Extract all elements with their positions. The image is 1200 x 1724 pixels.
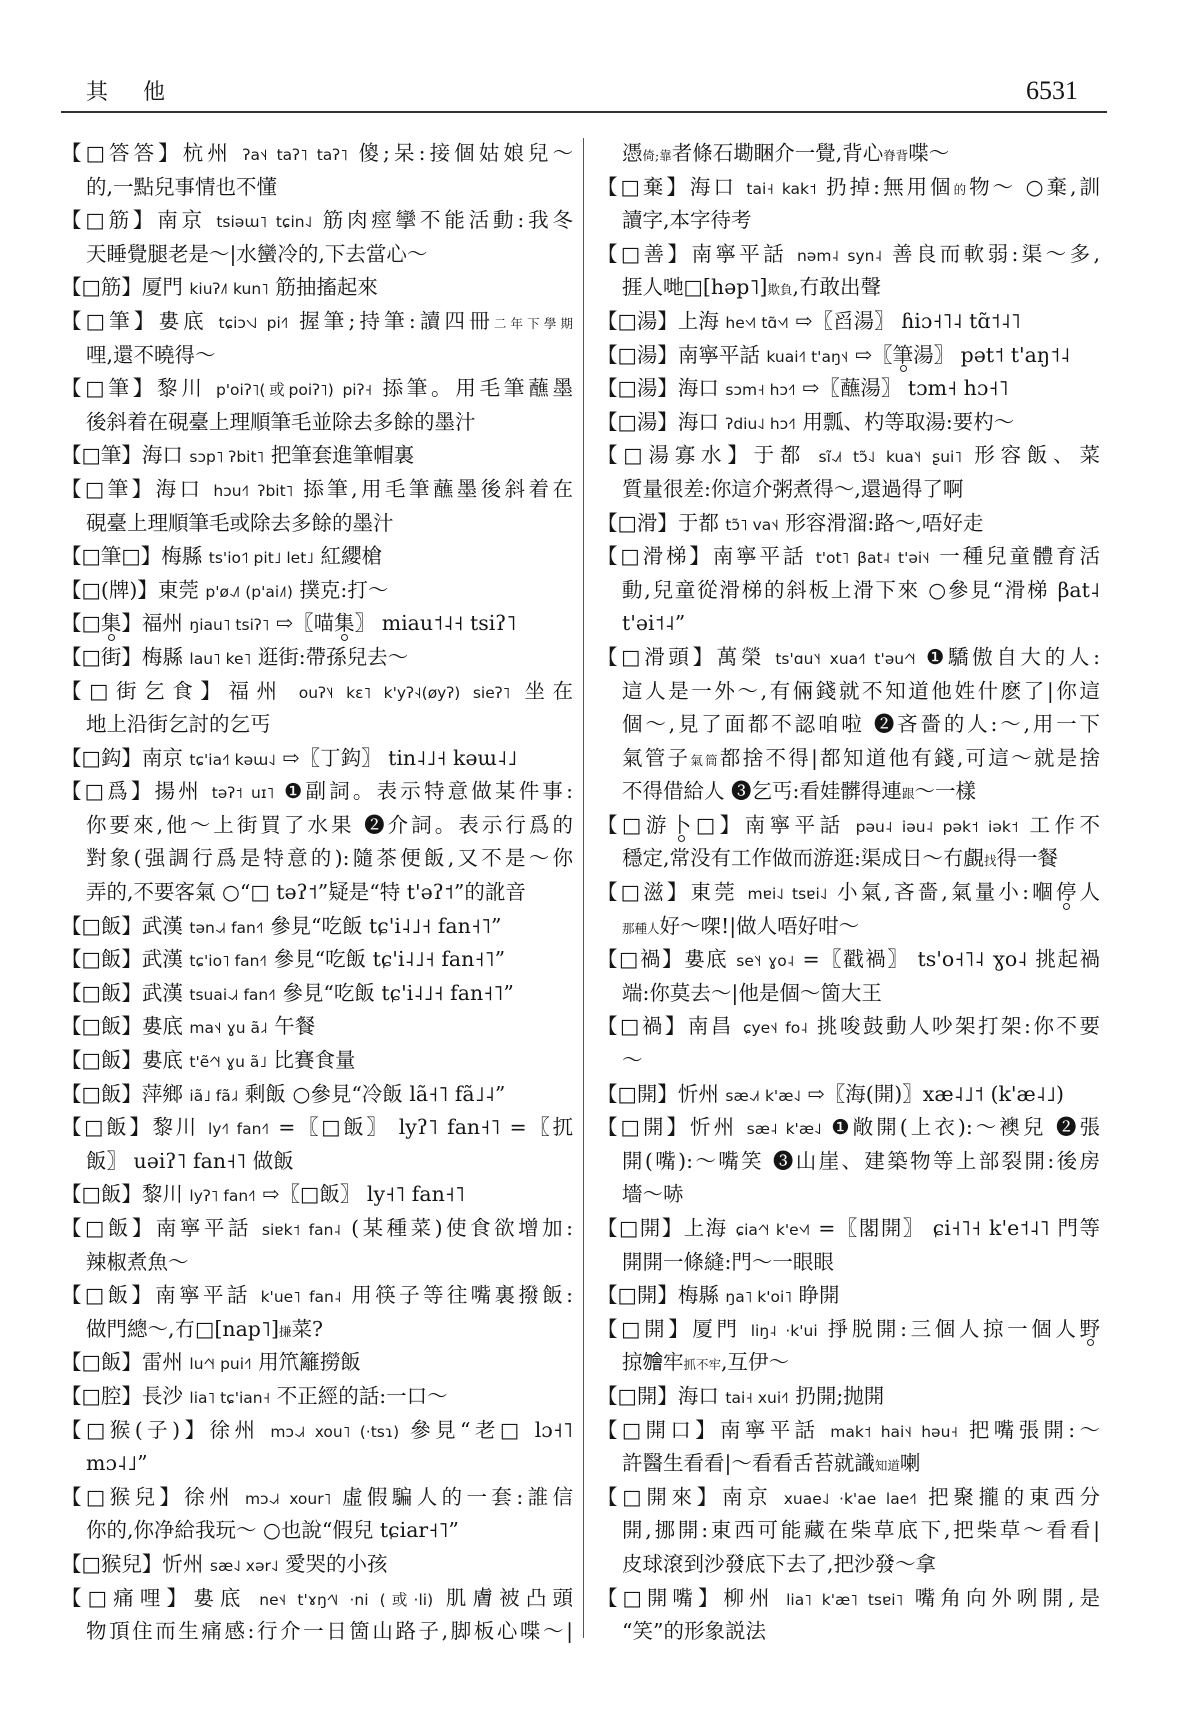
place-name: 南寧平話 <box>691 242 787 266</box>
entry-first-line: 【□猴兒】徐州 mɔ˨˩˧ xour˥ 虛假騙人的一套:誰信 <box>61 1481 573 1515</box>
definition: 形容滑溜:路～,唔好走 <box>785 511 983 535</box>
entry-continuation-line: 天睡覺腿老是～|水蠻冷的,下去當心～ <box>61 238 573 272</box>
carried-over-continuation-line: 憑倚;靠者條石墈睏介一覺,背心脊背喋～ <box>597 137 1100 171</box>
entry-first-line: 【□痛哩】婁底 ne˦˨ t'ɤŋ˧˥˩ ·ni (或·li) 肌膚被凸頭 <box>61 1582 573 1616</box>
headword: 【□開】 <box>597 1082 678 1106</box>
headword: 【□湯】 <box>597 376 678 400</box>
headword: 【□開】 <box>597 1283 678 1307</box>
definition: 愛哭的小孩 <box>285 1552 388 1576</box>
headword: 【□猴(子)】 <box>61 1418 210 1442</box>
entry-first-line: 【□街乞食】福州 ouʔ˥˨ kɛ˥ k'yʔ˧˨(øyʔ) sieʔ˥ 坐在 <box>61 675 573 709</box>
entry-first-line: 【□猴(子)】徐州 mɔ˨˩˧ xou˥ (·tsɿ) 參見“老□ lɔ˧˥ <box>61 1414 573 1448</box>
definition: 撲克:打～ <box>299 578 388 602</box>
dict-entry: 【□開】忻州 sæ˨ k'æ˨˩ ❶敞開(上衣):～襖兒 ❷張 開(嘴):～嘴笑… <box>597 1111 1100 1212</box>
entry-first-line: 【□滋】東莞 mɐi˨˩ tsɐi˨˩ 小氣,吝嗇,氣量小:嗰停人 <box>597 876 1100 910</box>
headword: 【□開】 <box>597 1216 684 1240</box>
dict-entry: 【□開】上海 ɕia˧˥˧ k'e˦˨˥ =〖閣開〗 ɕi˧˥˧ k'e˦˨˥ … <box>597 1212 1100 1279</box>
entry-continuation-line: 辣椒煮魚～ <box>61 1246 573 1280</box>
pronunciation: ouʔ˥˨ kɛ˥ k'yʔ˧˨(øyʔ) sieʔ˥ <box>299 684 511 702</box>
dict-entry: 【□腔】長沙 lia˥ tɕ'ian˧ 不正經的話:一口～ <box>61 1380 573 1414</box>
headword: 【□鈎】 <box>61 746 142 770</box>
pronunciation: sɔp˥ ʔbit˥ <box>189 448 264 466</box>
entry-continuation-line: 哩,還不曉得～ <box>61 339 573 373</box>
place-name: 海口 <box>678 1384 719 1408</box>
entry-continuation-line: 掠𣍐牢抓不牢,互伊～ <box>597 1346 1100 1380</box>
entry-first-line: 【□筋】厦門 kiuʔ˩˥ kun˥ 筋抽搐起來 <box>61 271 573 305</box>
place-name: 萬榮 <box>717 645 765 669</box>
definition: 把嘴張開:～ <box>969 1418 1100 1442</box>
entry-first-line: 【□飯】婁底 t'ẽ˧˥˧ ɣu ã˩ 比賽食量 <box>61 1044 573 1078</box>
entry-first-line: 【□筋】南京 tsiəɯ˥ tɕin˨˩ 筋肉痙攣不能活動:我冬 <box>61 204 573 238</box>
place-name: 婁底 <box>159 309 208 333</box>
definition: 肌膚被凸頭 <box>446 1586 573 1610</box>
pronunciation: t'ẽ˧˥˧ ɣu ã˩ <box>189 1053 267 1071</box>
pronunciation: lia˥ k'æ˥ tsɐi˥ <box>786 1591 903 1609</box>
place-name: 徐州 <box>210 1418 260 1442</box>
dict-entry: 【□滑頭】萬榮 ts'ɑu˥˧ xua˧˥ t'əu˧˥˧ ❶驕傲自大的人: 這… <box>597 641 1100 809</box>
definition: 把筆套進筆帽裏 <box>271 443 415 467</box>
pronunciation: ts'ɑu˥˧ xua˧˥ t'əu˧˥˧ <box>775 650 915 668</box>
pronunciation: pəu˨ iəu˨ pək˦ iək˦ <box>856 818 1019 836</box>
dict-entry: 【□筆】婁底 tɕiɔ˦˨˩ pi˧˥ 握筆;持筆:讀四冊二年下學期 哩,還不曉… <box>61 305 573 372</box>
right-column: 憑倚;靠者條石墈睏介一覺,背心脊背喋～ 【□棄】海口 tai˧ kak˦ 扔掉:… <box>597 137 1100 1649</box>
dict-entry: 【□筋】厦門 kiuʔ˩˥ kun˥ 筋抽搐起來 <box>61 271 573 305</box>
pronunciation: təʔ˦ uɪ˥ <box>212 784 275 802</box>
gloss-note: 跟 <box>902 786 915 801</box>
pronunciation: tɕiɔ˦˨˩ pi˧˥ <box>219 314 289 332</box>
dict-entry: 【□飯】婁底 ma˦˨ ɣu ã˩˨ 午餐 <box>61 1010 573 1044</box>
entry-continuation-line: mɔ˨˩” <box>61 1447 573 1481</box>
place-name: 南寧平話 <box>678 343 760 367</box>
dict-entry: 【□湯】海口 sɔm˧ hɔ˧˥ ⇨〖蘸湯〗 tɔm˧ hɔ˧˥ <box>597 372 1100 406</box>
headword: 【□筆】 <box>61 477 156 501</box>
definition: 嘴角向外咧開,是 <box>915 1586 1100 1610</box>
entry-continuation-line: 硯臺上理順筆毛或除去多餘的墨汁 <box>61 507 573 541</box>
headword: 【□滋】 <box>597 880 691 904</box>
pronunciation: ʔdiu˨˩ hɔ˧˥ <box>725 415 795 433</box>
headword: 【□開嘴】 <box>597 1586 723 1610</box>
headword: 【□飯】 <box>61 1350 142 1374</box>
entry-first-line: 【□湯】南寧平話 kuai˧˥ t'aŋ˦˨ ⇨〖筆湯〗 pət˦ t'aŋ˦˨ <box>597 339 1100 373</box>
dict-entry: 【□禍】婁底 se˥˧ ɣo˨ =〖戳禍〗 ts'o˧˥˨ ɣo˨ 挑起禍 端:… <box>597 943 1100 1010</box>
entry-continuation-line: 後斜着在硯臺上理順筆毛並除去多餘的墨汁 <box>61 406 573 440</box>
entry-first-line: 【□筆】婁底 tɕiɔ˦˨˩ pi˧˥ 握筆;持筆:讀四冊二年下學期 <box>61 305 573 339</box>
entry-first-line: 【□開】忻州 sæ˨ k'æ˨˩ ❶敞開(上衣):～襖兒 ❷張 <box>597 1111 1100 1145</box>
definition: ⇨〖筆湯〗 pət˦ t'aŋ˦˨ <box>855 343 1070 367</box>
dict-entry: 【□筆】黎川 p'oiʔ˥(或poiʔ˥) piʔ˧ 掭筆。用毛筆蘸墨 後斜着在… <box>61 372 573 439</box>
definition: ❶副詞。表示特意做某件事: <box>284 779 573 803</box>
definition: ⇨〖□飯〗 ly˧˥ fan˧˥ <box>262 1182 465 1206</box>
place-name: 南寧平話 <box>155 1283 250 1307</box>
dict-entry: 【□筆】海口 sɔp˥ ʔbit˥ 把筆套進筆帽裏 <box>61 439 573 473</box>
entry-first-line: 【□筆】黎川 p'oiʔ˥(或poiʔ˥) piʔ˧ 掭筆。用毛筆蘸墨 <box>61 372 573 406</box>
entry-first-line: 【□開】梅縣 ŋa˥ k'oi˥ 睁開 <box>597 1279 1100 1313</box>
headword: 【□爲】 <box>61 779 155 803</box>
pronunciation: tɔ̃˥ va˦˨ <box>725 516 778 534</box>
entry-first-line: 【□筆】海口 hɔu˧˥ ʔbit˥ 掭筆,用毛筆蘸墨後斜着在 <box>61 473 573 507</box>
definition: ❶敞開(上衣):～襖兒 ❷張 <box>831 1115 1100 1139</box>
definition: 小氣,吝嗇,氣量小:嗰停人 <box>837 880 1100 904</box>
headword: 【□集】 <box>61 611 142 635</box>
entry-continuation-line: 墻～哧 <box>597 1178 1100 1212</box>
headword: 【□痛哩】 <box>61 1586 193 1610</box>
entry-first-line: 【□滑頭】萬榮 ts'ɑu˥˧ xua˧˥ t'əu˧˥˧ ❶驕傲自大的人: <box>597 641 1100 675</box>
dict-entry: 【□飯】武漢 tən˨˩˧ fan˧˥ 參見“吃飯 tɕ'i˨˩˧ fan˧˥” <box>61 910 573 944</box>
definition: 善良而軟弱:渠～多, <box>892 242 1100 266</box>
pronunciation: kuai˧˥ t'aŋ˦˨ <box>766 348 848 366</box>
headword: 【□湯】 <box>597 410 678 434</box>
entry-continuation-line: 氣管子氣筒都捨不得|都知道他有錢,可這～就是捨 <box>597 742 1100 776</box>
headword: 【□飯】 <box>61 1048 142 1072</box>
entry-first-line: 【□飯】雷州 lu˧˥˧ pui˧˥ 用笊籬撈飯 <box>61 1346 573 1380</box>
pronunciation: he˦˨˥ tɑ̃˦˨˥ <box>725 314 788 332</box>
dict-entry: 【□筆□】梅縣 ts'io˦˥ pit˩ let˩ 紅纓槍 <box>61 540 573 574</box>
place-name: 黎川 <box>142 1182 183 1206</box>
definition: 掭筆。用毛筆蘸墨 <box>382 376 573 400</box>
entry-continuation-line: 端:你莫去～|他是個～箇大王 <box>597 977 1100 1011</box>
gloss-note: 那種人 <box>622 921 660 936</box>
entry-continuation-line: 穩定,常没有工作做而游逛:渠成日～冇覰找得一餐 <box>597 842 1100 876</box>
place-name: 武漢 <box>142 981 183 1005</box>
entry-continuation-line: 動,兒童從滑梯的斜板上滑下來 ○參見“滑梯 βat˨ <box>597 574 1100 608</box>
pronunciation: ŋa˥ k'oi˥ <box>725 1288 792 1306</box>
entry-first-line: 【□游卜□】南寧平話 pəu˨ iəu˨ pək˦ iək˦ 工作不 <box>597 809 1100 843</box>
definition: ⇨〖海(開)〗xæ˨˩˦ (k'æ˨˩) <box>808 1082 1064 1106</box>
pronunciation: nəm˨ syn˨ <box>797 247 882 265</box>
dictionary-page: 其 他 6531 【□答答】杭州 ʔa˦˨ taʔ˥ taʔ˥ 傻;呆:接個姑娘… <box>0 0 1200 1724</box>
entry-first-line: 【□(牌)】東莞 p'ø˨˩˥ (p'ai˩˥) 撲克:打～ <box>61 574 573 608</box>
dict-entry: 【□湯】上海 he˦˨˥ tɑ̃˦˨˥ ⇨〖舀湯〗 ɦiɔ˧˥˨ tɑ̃˦˨˥ <box>597 305 1100 339</box>
headword: 【□筋】 <box>61 208 157 232</box>
definition: 比賽食量 <box>274 1048 356 1072</box>
entry-first-line: 【□開口】南寧平話 mak˦ hai˦˨ həu˧ 把嘴張開:～ <box>597 1414 1100 1448</box>
place-name: 婁底 <box>193 1586 246 1610</box>
place-name: 厦門 <box>142 275 183 299</box>
pronunciation: mɐi˨˩ tsɐi˨˩ <box>748 885 828 903</box>
gloss-note: 脊背 <box>883 148 908 163</box>
pronunciation: tɕ'ia˧˥ kəɯ˨˩ <box>189 751 276 769</box>
place-name: 南寧平話 <box>745 813 845 837</box>
dict-entry: 【□開來】南京 xuae˨˩ ·k'ae lae˧˥ 把聚攏的東西分 開,挪開:… <box>597 1481 1100 1582</box>
pronunciation: iã˩ fã˩˨ <box>189 1087 238 1105</box>
pronunciation: xuae˨˩ ·k'ae lae˧˥ <box>784 1490 917 1508</box>
place-name: 海口 <box>142 443 183 467</box>
place-name: 南京 <box>142 746 183 770</box>
entry-first-line: 【□爲】揚州 təʔ˦ uɪ˥ ❶副詞。表示特意做某件事: <box>61 775 573 809</box>
dict-entry: 【□開口】南寧平話 mak˦ hai˦˨ həu˧ 把嘴張開:～ 許醫生看看|～… <box>597 1414 1100 1481</box>
entry-first-line: 【□飯】武漢 tɕ'io˥ fan˧˥ 參見“吃飯 tɕ'i˨˩˧ fan˧˥” <box>61 943 573 977</box>
definition: 用瓢、杓等取湯:要杓～ <box>802 410 1014 434</box>
dict-entry: 【□痛哩】婁底 ne˦˨ t'ɤŋ˧˥˩ ·ni (或·li) 肌膚被凸頭 物頂… <box>61 1582 573 1649</box>
entry-first-line: 【□答答】杭州 ʔa˦˨ taʔ˥ taʔ˥ 傻;呆:接個姑娘兒～ <box>61 137 573 171</box>
entry-first-line: 【□棄】海口 tai˧ kak˦ 扔掉:無用個的物～ ○棄,訓 <box>597 171 1100 205</box>
entry-continuation-line: 個～,見了面都不認咱啦 ❷吝嗇的人:～,用一下 <box>597 708 1100 742</box>
entry-first-line: 【□腔】長沙 lia˥ tɕ'ian˧ 不正經的話:一口～ <box>61 1380 573 1414</box>
dict-entry: 【□街乞食】福州 ouʔ˥˨ kɛ˥ k'yʔ˧˨(øyʔ) sieʔ˥ 坐在 … <box>61 675 573 742</box>
definition: 坐在 <box>524 679 573 703</box>
headword: 【□開口】 <box>597 1418 720 1442</box>
entry-continuation-line: 許醫生看看|～看看舌苔就識知道喇 <box>597 1447 1100 1481</box>
pronunciation: p'oiʔ˥(或poiʔ˥) piʔ˧ <box>216 381 372 399</box>
dict-entry: 【□飯】黎川 lyʔ˥ fan˧˥ ⇨〖□飯〗 ly˧˥ fan˧˥ <box>61 1178 573 1212</box>
headword: 【□飯】 <box>61 981 142 1005</box>
place-name: 忻州 <box>690 1115 737 1139</box>
dict-entry: 【□飯】黎川 ly˧˥ fan˧˥ =〖□飯〗 lyʔ˥ fan˧˥ =〖扤 飯… <box>61 1111 573 1178</box>
place-name: 南昌 <box>688 1014 734 1038</box>
ring-marked-char: 卜 <box>671 815 692 836</box>
dict-entry: 【□開】忻州 sæ˨˩˦ k'æ˨˩ ⇨〖海(開)〗xæ˨˩˦ (k'æ˨˩) <box>597 1078 1100 1112</box>
pronunciation: tsiəɯ˥ tɕin˨˩ <box>216 213 312 231</box>
dict-entry: 【□開】梅縣 ŋa˥ k'oi˥ 睁開 <box>597 1279 1100 1313</box>
place-name: 于都 <box>678 511 719 535</box>
place-name: 柳州 <box>723 1586 774 1610</box>
entry-continuation-line: “笑”的形象説法 <box>597 1615 1100 1649</box>
left-column: 【□答答】杭州 ʔa˦˨ taʔ˥ taʔ˥ 傻;呆:接個姑娘兒～ 的,一點兒事… <box>61 137 573 1649</box>
place-name: 上海 <box>684 1216 728 1240</box>
pronunciation: hɔu˧˥ ʔbit˥ <box>213 482 293 500</box>
definition: 不正經的話:一口～ <box>277 1384 448 1408</box>
place-name: 徐州 <box>184 1485 234 1509</box>
place-name: 雷州 <box>142 1350 183 1374</box>
dict-entry: 【□猴兒】忻州 sæ˨˩ xər˨˩ 愛哭的小孩 <box>61 1548 573 1582</box>
place-name: 海口 <box>690 175 737 199</box>
place-name: 海口 <box>678 376 719 400</box>
entry-continuation-line: 捱人哋□[həp˥]欺負,冇敢出聲 <box>597 271 1100 305</box>
pronunciation: kiuʔ˩˥ kun˥ <box>189 280 268 298</box>
headword: 【□飯】 <box>61 1082 142 1106</box>
entry-continuation-line: 物頂住而生痛感:行介一日箇山路子,脚板心喋～| <box>61 1615 573 1649</box>
entry-continuation-line: 質量很差:你這介粥煮得～,還過得了啊 <box>597 473 1100 507</box>
definition: 紅纓槍 <box>320 544 382 568</box>
entry-continuation-line: 開(嘴):～嘴笑 ❸山崖、建築物等上部裂開:後房 <box>597 1145 1100 1179</box>
place-name: 福州 <box>142 611 183 635</box>
dict-entry: 【□猴兒】徐州 mɔ˨˩˧ xour˥ 虛假騙人的一套:誰信 你的,你净給我玩～… <box>61 1481 573 1548</box>
pronunciation: sæ˨ k'æ˨˩ <box>747 1120 822 1138</box>
definition: 把聚攏的東西分 <box>928 1485 1100 1509</box>
dict-entry: 【□飯】武漢 tsuai˨˩˧ fan˧˥ 參見“吃飯 tɕ'i˨˩˧ fan˧… <box>61 977 573 1011</box>
dict-entry: 【□飯】婁底 t'ẽ˧˥˧ ɣu ã˩ 比賽食量 <box>61 1044 573 1078</box>
entry-continuation-line: 這人是一外～,有倆錢就不知道他姓什麽了|你這 <box>597 675 1100 709</box>
headword: 【□腔】 <box>61 1384 142 1408</box>
place-name: 于都 <box>754 443 807 467</box>
place-name: 海口 <box>156 477 204 501</box>
definition: ⇨〖丁鈎〗 tin˨˩˧ kəɯ˨˩ <box>282 746 517 770</box>
place-name: 萍鄉 <box>142 1082 183 1106</box>
definition: 參見“吃飯 tɕ'i˨˩˧ fan˧˥” <box>274 947 505 971</box>
entry-first-line: 【□飯】南寧平話 siɐk˦ fan˨ (某種菜)使食欲增加: <box>61 1212 573 1246</box>
entry-continuation-line: 開,挪開:東西可能藏在柴草底下,把柴草～看看| <box>597 1514 1100 1548</box>
ring-marked-char: 集 <box>101 613 122 634</box>
definition: =〖□飯〗 lyʔ˥ fan˧˥ =〖扤 <box>278 1115 573 1139</box>
place-name: 長沙 <box>142 1384 183 1408</box>
entry-first-line: 【□滑】于都 tɔ̃˥ va˦˨ 形容滑溜:路～,唔好走 <box>597 507 1100 541</box>
entry-continuation-line: 皮球滾到沙發底下去了,把沙發～拿 <box>597 1548 1100 1582</box>
headword: 【□禍】 <box>597 1014 688 1038</box>
definition: 挑唆鼓動人吵架打架:你不要 <box>817 1014 1100 1038</box>
entry-continuation-line: 那種人好～㗎!|做人唔好咁～ <box>597 910 1100 944</box>
place-name: 厦門 <box>692 1317 740 1341</box>
place-name: 忻州 <box>678 1082 719 1106</box>
pronunciation: ŋiau˥ tsiʔ˥ <box>189 616 269 634</box>
headword: 【□筋】 <box>61 275 142 299</box>
gloss-note: 知道 <box>875 1458 900 1473</box>
entry-first-line: 【□飯】黎川 ly˧˥ fan˧˥ =〖□飯〗 lyʔ˥ fan˧˥ =〖扤 <box>61 1111 573 1145</box>
definition: 掭筆,用毛筆蘸墨後斜着在 <box>303 477 573 501</box>
entry-continuation-line: t'əi˦˨” <box>597 607 1100 641</box>
place-name: 黎川 <box>157 376 206 400</box>
pronunciation: mɔ˨˩˧ xou˥ (·tsɿ) <box>270 1423 399 1441</box>
pronunciation: k'ue˥ fan˨ <box>261 1288 342 1306</box>
entry-first-line: 【□湯寡水】于都 sĩ˨˩˦ tɔ̃˨˩ kua˥˧ ʂui˥ 形容飯、菜 <box>597 439 1100 473</box>
headword: 【□開】 <box>597 1384 678 1408</box>
entry-first-line: 【□集】福州 ŋiau˥ tsiʔ˥ ⇨〖喵集〗 miau˦˨˧ tsiʔ˥ <box>61 607 573 641</box>
entry-continuation-line: 不得借給人 ❸乞丐:看娃髒得連跟～一樣 <box>597 775 1100 809</box>
entry-first-line: 【□湯】上海 he˦˨˥ tɑ̃˦˨˥ ⇨〖舀湯〗 ɦiɔ˧˥˨ tɑ̃˦˨˥ <box>597 305 1100 339</box>
definition: 扔掉:無用個的物～ ○棄,訓 <box>826 175 1100 199</box>
gloss-note: 的 <box>954 182 970 197</box>
headword: 【□筆】 <box>61 443 142 467</box>
entry-first-line: 【□禍】南昌 ɕye˦˨ fo˨ 挑唆鼓動人吵架打架:你不要 <box>597 1010 1100 1044</box>
entry-first-line: 【□鈎】南京 tɕ'ia˧˥ kəɯ˨˩ ⇨〖丁鈎〗 tin˨˩˧ kəɯ˨˩ <box>61 742 573 776</box>
entry-first-line: 【□飯】萍鄉 iã˩ fã˩˨ 剩飯 ○參見“冷飯 lã˧˥ fã˩˨” <box>61 1078 573 1112</box>
entry-first-line: 【□湯】海口 sɔm˧ hɔ˧˥ ⇨〖蘸湯〗 tɔm˧ hɔ˧˥ <box>597 372 1100 406</box>
headword: 【□滑】 <box>597 511 678 535</box>
headword: 【□善】 <box>597 242 691 266</box>
dict-entry: 【□答答】杭州 ʔa˦˨ taʔ˥ taʔ˥ 傻;呆:接個姑娘兒～ 的,一點兒事… <box>61 137 573 204</box>
definition: 用笊籬撈飯 <box>258 1350 361 1374</box>
headword: 【□飯】 <box>61 1014 142 1038</box>
place-name: 婁底 <box>142 1014 183 1038</box>
entry-first-line: 【□筆】海口 sɔp˥ ʔbit˥ 把筆套進筆帽裏 <box>61 439 573 473</box>
pronunciation: sæ˨˩ xər˨˩ <box>210 1557 279 1575</box>
definition: 握筆;持筆:讀四冊二年下學期 <box>299 309 573 333</box>
place-name: 梅縣 <box>142 645 183 669</box>
entry-first-line: 【□飯】武漢 tsuai˨˩˧ fan˧˥ 參見“吃飯 tɕ'i˨˩˧ fan˧… <box>61 977 573 1011</box>
definition: =〖戳禍〗 ts'o˧˥˨ ɣo˨ 挑起禍 <box>802 947 1100 971</box>
page-number: 6531 <box>1026 76 1078 106</box>
entry-first-line: 【□禍】婁底 se˥˧ ɣo˨ =〖戳禍〗 ts'o˧˥˨ ɣo˨ 挑起禍 <box>597 943 1100 977</box>
gloss-note: 二年下學期 <box>494 316 573 331</box>
place-name: 梅縣 <box>678 1283 719 1307</box>
place-name: 婁底 <box>142 1048 183 1072</box>
headword: 【□禍】 <box>597 947 684 971</box>
headword: 【□猴兒】 <box>61 1485 184 1509</box>
entry-first-line: 【□開】上海 ɕia˧˥˧ k'e˦˨˥ =〖閣開〗 ɕi˧˥˧ k'e˦˨˥ … <box>597 1212 1100 1246</box>
dict-entry: 【□鈎】南京 tɕ'ia˧˥ kəɯ˨˩ ⇨〖丁鈎〗 tin˨˩˧ kəɯ˨˩ <box>61 742 573 776</box>
entry-continuation-line: ～ <box>597 1044 1100 1078</box>
dict-entry: 【□滑】于都 tɔ̃˥ va˦˨ 形容滑溜:路～,唔好走 <box>597 507 1100 541</box>
headword: 【□開來】 <box>597 1485 722 1509</box>
dict-entry: 【□湯】海口 ʔdiu˨˩ hɔ˧˥ 用瓢、杓等取湯:要杓～ <box>597 406 1100 440</box>
entry-first-line: 【□開】忻州 sæ˨˩˦ k'æ˨˩ ⇨〖海(開)〗xæ˨˩˦ (k'æ˨˩) <box>597 1078 1100 1112</box>
dict-entry: 【□飯】萍鄉 iã˩ fã˩˨ 剩飯 ○參見“冷飯 lã˧˥ fã˩˨” <box>61 1078 573 1112</box>
headword: 【□開】 <box>597 1317 692 1341</box>
gloss-note: 氣筒 <box>690 753 720 768</box>
section-title: 其 他 <box>86 78 179 108</box>
headword: 【□開】 <box>597 1115 690 1139</box>
definition: 傻;呆:接個姑娘兒～ <box>358 141 573 165</box>
pronunciation: ʔa˦˨ taʔ˥ taʔ˥ <box>243 146 348 164</box>
definition: ❶驕傲自大的人: <box>926 645 1100 669</box>
header-rule <box>61 111 1107 113</box>
headword: 【□湯】 <box>597 343 678 367</box>
entry-first-line: 【□善】南寧平話 nəm˨ syn˨ 善良而軟弱:渠～多, <box>597 238 1100 272</box>
definition: 筋抽搐起來 <box>275 275 378 299</box>
entry-first-line: 【□開】厦門 liŋ˨ ·k'ui 掙脱開:三個人掠一個人野 <box>597 1313 1100 1347</box>
dict-entry: 【□飯】雷州 lu˧˥˧ pui˧˥ 用笊籬撈飯 <box>61 1346 573 1380</box>
pronunciation: ɕye˦˨ fo˨ <box>743 1019 808 1037</box>
dict-entry: 【□開】厦門 liŋ˨ ·k'ui 掙脱開:三個人掠一個人野 掠𣍐牢抓不牢,互伊… <box>597 1313 1100 1380</box>
headword: 【□棄】 <box>597 175 690 199</box>
dict-entry: 【□游卜□】南寧平話 pəu˨ iəu˨ pək˦ iək˦ 工作不 穩定,常没… <box>597 809 1100 876</box>
place-name: 揚州 <box>155 779 202 803</box>
headword: 【□滑梯】 <box>597 544 713 568</box>
place-name: 武漢 <box>142 914 183 938</box>
place-name: 海口 <box>678 410 719 434</box>
entry-first-line: 【□街】梅縣 lau˥ ke˥ 逛街:帶孫兒去～ <box>61 641 573 675</box>
dict-entry: 【□飯】武漢 tɕ'io˥ fan˧˥ 參見“吃飯 tɕ'i˨˩˧ fan˧˥” <box>61 943 573 977</box>
place-name: 忻州 <box>162 1552 203 1576</box>
pronunciation: lia˥ tɕ'ian˧ <box>189 1389 270 1407</box>
definition: 參見“吃飯 tɕ'i˨˩˧ fan˧˥” <box>270 914 501 938</box>
place-name: 東莞 <box>691 880 738 904</box>
entry-first-line: 【□湯】海口 ʔdiu˨˩ hɔ˧˥ 用瓢、杓等取湯:要杓～ <box>597 406 1100 440</box>
headword: 【□(牌)】 <box>61 578 158 602</box>
pronunciation: liŋ˨ ·k'ui <box>751 1322 818 1340</box>
definition: 用筷子等往嘴裏撥飯: <box>351 1283 573 1307</box>
definition: 筋肉痙攣不能活動:我冬 <box>323 208 573 232</box>
definition: 午餐 <box>274 1014 315 1038</box>
headword: 【□飯】 <box>61 1283 155 1307</box>
place-name: 福州 <box>228 679 284 703</box>
pronunciation: ly˧˥ fan˧˥ <box>208 1120 269 1138</box>
entry-first-line: 【□開】海口 tai˧ xui˧˥ 扔開;抛開 <box>597 1380 1100 1414</box>
gloss-note: 搛 <box>279 1324 292 1339</box>
dict-entry: 【□開嘴】柳州 lia˥ k'æ˥ tsɐi˥ 嘴角向外咧開,是 “笑”的形象説… <box>597 1582 1100 1649</box>
definition: 參見“吃飯 tɕ'i˨˩˧ fan˧˥” <box>282 981 513 1005</box>
pronunciation: p'ø˨˩˥ (p'ai˩˥) <box>205 583 292 601</box>
headword: 【□游卜□】 <box>597 813 745 837</box>
definition: 剩飯 ○參見“冷飯 lã˧˥ fã˩˨” <box>245 1082 505 1106</box>
definition: ⇨〖喵集〗 miau˦˨˧ tsiʔ˥ <box>276 611 516 635</box>
place-name: 杭州 <box>183 141 232 165</box>
gloss-note: 抓不牢 <box>684 1357 722 1372</box>
dict-entry: 【□禍】南昌 ɕye˦˨ fo˨ 挑唆鼓動人吵架打架:你不要 ～ <box>597 1010 1100 1077</box>
entry-first-line: 【□筆□】梅縣 ts'io˦˥ pit˩ let˩ 紅纓槍 <box>61 540 573 574</box>
pronunciation: t'ot˥ βat˨ t'əi˦˨ <box>816 549 930 567</box>
pronunciation: mɔ˨˩˧ xour˥ <box>245 1490 331 1508</box>
dict-entry: 【□街】梅縣 lau˥ ke˥ 逛街:帶孫兒去～ <box>61 641 573 675</box>
place-name: 梅縣 <box>161 544 202 568</box>
definition: 工作不 <box>1030 813 1100 837</box>
dict-entry: 【□滋】東莞 mɐi˨˩ tsɐi˨˩ 小氣,吝嗇,氣量小:嗰停人 那種人好～㗎… <box>597 876 1100 943</box>
gloss-note: 倚;靠 <box>643 148 672 163</box>
pronunciation: siɐk˦ fan˨ <box>262 1221 341 1239</box>
headword: 【□滑頭】 <box>597 645 717 669</box>
pronunciation: sɔm˧ hɔ˧˥ <box>725 381 795 399</box>
definition: =〖閣開〗 ɕi˧˥˧ k'e˦˨˥ 門等 <box>818 1216 1100 1240</box>
dict-entry: 【□湯寡水】于都 sĩ˨˩˦ tɔ̃˨˩ kua˥˧ ʂui˥ 形容飯、菜 質量… <box>597 439 1100 506</box>
pronunciation: tən˨˩˧ fan˧˥ <box>189 919 263 937</box>
dict-entry: 【□爲】揚州 təʔ˦ uɪ˥ ❶副詞。表示特意做某件事: 你要來,他～上街買了… <box>61 775 573 909</box>
headword: 【□筆□】 <box>61 544 161 568</box>
dict-entry: 【□開】海口 tai˧ xui˧˥ 扔開;抛開 <box>597 1380 1100 1414</box>
definition: ⇨〖舀湯〗 ɦiɔ˧˥˨ tɑ̃˦˨˥ <box>795 309 1020 333</box>
entry-first-line: 【□飯】南寧平話 k'ue˥ fan˨ 用筷子等往嘴裏撥飯: <box>61 1279 573 1313</box>
entry-first-line: 【□猴兒】忻州 sæ˨˩ xər˨˩ 愛哭的小孩 <box>61 1548 573 1582</box>
entry-continuation-line: 的,一點兒事情也不懂 <box>61 171 573 205</box>
entry-continuation-line: 弄的,不要客氣 ○“□ təʔ˦”疑是“特 t'əʔ˦”的訛音 <box>61 876 573 910</box>
